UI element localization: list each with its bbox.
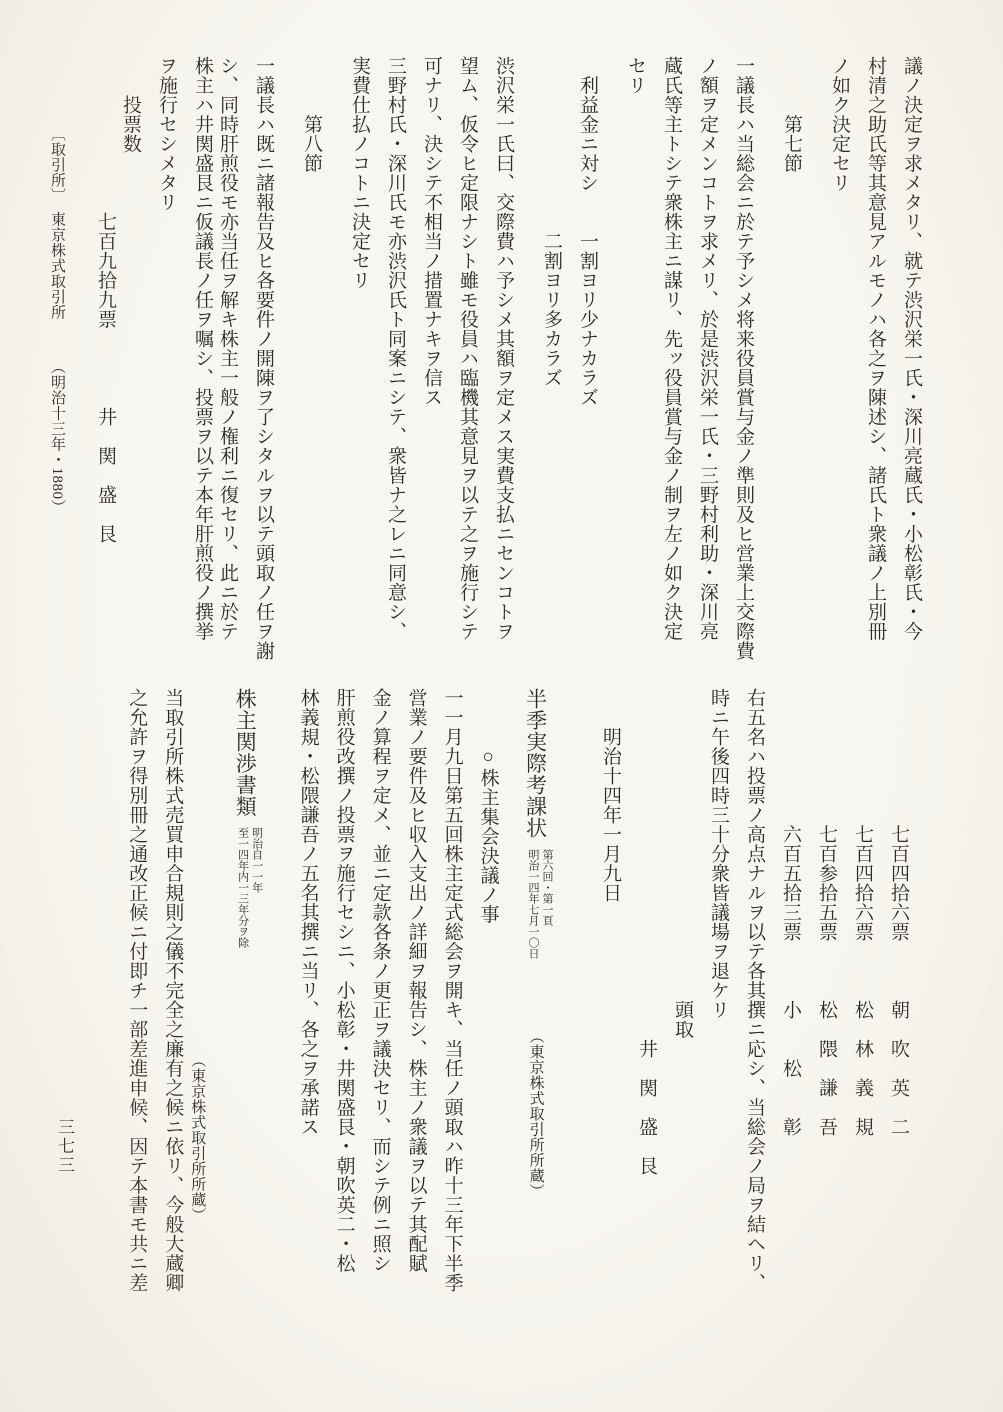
- text-column: ノ如ク決定セリ: [821, 56, 857, 662]
- column-text: 第七節: [781, 56, 802, 173]
- bottom-text-block: 七百四拾六票 朝 吹 英 二 七百四拾六票 松 林 義 規 七百参拾五票 松 隈…: [118, 688, 916, 1302]
- column-text: 村清之助氏等其意見アルモノハ各之ヲ陳述シ、諸氏ト衆議ノ上別冊: [865, 56, 886, 641]
- text-column: 当取引所株式売買申合規則之儀不完全之廉有之候ニ依リ、今般大蔵卿: [154, 688, 190, 1302]
- text-column: 時ニ午後四時三十分衆皆議場ヲ退ケリ: [700, 688, 736, 1302]
- column-text: ノ額ヲ定メンコトヲ求メリ、於是渋沢栄一氏・三野村利助・深川亮: [697, 56, 718, 641]
- annotation-column: 明治自一一年: [250, 827, 264, 948]
- column-text: 明治十四年一月九日: [600, 688, 621, 903]
- column-text: ○株主集会決議ノ事: [478, 688, 499, 924]
- column-text: 利益金ニ対シ 一割ヨリ少ナカラズ: [577, 56, 598, 407]
- section-heading-8: 第八節: [293, 56, 329, 662]
- column-text: 株主関渉書類: [233, 688, 257, 817]
- column-text: 之允許ヲ得別冊之通改正候ニ付即チ一部差進申候、因テ本書モ共ニ差: [126, 688, 147, 1293]
- column-text: セリ: [625, 56, 646, 95]
- title-annotation: 明治自一一年至一四年内一三年分ヲ除: [236, 827, 264, 948]
- text-column: 右五名ハ投票ノ高点ナルヲ以テ各其撰ニ応シ、当総会ノ局ヲ結ヘリ、: [736, 688, 772, 1302]
- top-text-block: 議ノ決定ヲ求メタリ、就テ渋沢栄一氏・深川亮蔵氏・小松彰氏・今村清之助氏等其意見ア…: [39, 56, 929, 662]
- column-text: 渋沢栄一氏曰、交際費ハ予シメ其額ヲ定メス実費支払ニセンコトヲ: [493, 56, 514, 641]
- text-column: 肝煎役改撰ノ投票ヲ施行セシニ、小松彰・井関盛艮・朝吹英二・松: [326, 688, 362, 1302]
- column-text: 一一月九日第五回株主定式総会ヲ開キ、当任ノ頭取ハ昨十三年下半季: [442, 688, 463, 1293]
- column-text: 七百四拾六票 朝 吹 英 二: [888, 688, 909, 1137]
- column-text: 右五名ハ投票ノ高点ナルヲ以テ各其撰ニ応シ、当総会ノ局ヲ結ヘリ、: [744, 688, 765, 1293]
- text-column: ノ額ヲ定メンコトヲ求メリ、於是渋沢栄一氏・三野村利助・深川亮: [689, 56, 725, 662]
- text-column: 望ム、仮令ヒ定限ナシト雖モ役員ハ臨機其意見ヲ以テ之ヲ施行シテ: [449, 56, 485, 662]
- annotation-column: 第六回・第一頁: [540, 849, 554, 959]
- vote-result-line: 七百参拾五票 松 隈 謙 吾: [808, 688, 844, 1302]
- annotation-column: 至一四年内一三年分ヲ除: [236, 827, 250, 948]
- column-text: 実費仕払ノコトニ決定セリ: [349, 56, 370, 290]
- text-column: 一一月九日第五回株主定式総会ヲ開キ、当任ノ頭取ハ昨十三年下半季: [434, 688, 470, 1302]
- column-text: 第八節: [301, 56, 322, 173]
- column-text: 林義規・松隈謙吾ノ五名其撰ニ当リ、各之ヲ承諾ス: [298, 688, 319, 1137]
- text-column: 営業ノ要件及ヒ収入支出ノ詳細ヲ報告シ、株主ノ衆議ヲ以テ其配賦: [398, 688, 434, 1302]
- text-column: 実費仕払ノコトニ決定セリ: [341, 56, 377, 662]
- column-text: 頭取: [672, 688, 693, 1039]
- date-line: 明治十四年一月九日: [592, 688, 628, 1302]
- text-column: 蔵氏等主トシテ衆株主ニ謀リ、先ッ役員賞与金ノ制ヲ左ノ如ク決定: [653, 56, 689, 662]
- signature-name-line: 井 関 盛 艮: [628, 688, 664, 1302]
- column-text: 可ナリ、決シテ不相当ノ措置ナキヲ信ス: [421, 56, 442, 407]
- text-column: 可ナリ、決シテ不相当ノ措置ナキヲ信ス: [413, 56, 449, 662]
- column-text: 株主ハ井関盛艮ニ仮議長ノ任ヲ嘱シ、投票ヲ以テ本年肝煎役ノ撰挙: [192, 56, 213, 641]
- profit-rule-line: 利益金ニ対シ 一割ヨリ少ナカラズ: [569, 56, 605, 662]
- page-number: 三七三: [52, 1118, 77, 1175]
- column-text: 営業ノ要件及ヒ収入支出ノ詳細ヲ報告シ、株主ノ衆議ヲ以テ其配賦: [406, 688, 427, 1273]
- column-text: 蔵氏等主トシテ衆株主ニ謀リ、先ッ役員賞与金ノ制ヲ左ノ如ク決定: [661, 56, 682, 641]
- column-text: 六百五拾三票 小 松 彰: [780, 688, 801, 1137]
- subheading-line: ○株主集会決議ノ事: [470, 688, 506, 1302]
- vote-result-line: 七百九拾九票 井 関 盛 艮: [87, 56, 123, 662]
- text-column: ヲ施行セシメタリ: [148, 56, 184, 662]
- profit-rule-line: 二割ヨリ多カラズ: [533, 56, 569, 662]
- document-page: 議ノ決定ヲ求メタリ、就テ渋沢栄一氏・深川亮蔵氏・小松彰氏・今村清之助氏等其意見ア…: [0, 0, 1003, 1412]
- column-text: 投票数: [120, 56, 141, 154]
- column-text: 七百九拾九票 井 関 盛 艮: [95, 56, 116, 544]
- column-text: 二割ヨリ多カラズ: [541, 56, 562, 388]
- vote-result-line: 七百四拾六票 朝 吹 英 二: [880, 688, 916, 1302]
- column-text: 半季実際考課状: [524, 688, 548, 839]
- column-text: 三野村氏・深川氏モ亦渋沢氏ト同案ニシテ、衆皆ナ之レニ同意シ、: [385, 56, 406, 641]
- column-text: 金ノ算程ヲ定メ、並ニ定款各条ノ更正ヲ議決セリ、而シテ例ニ照シ: [370, 688, 391, 1273]
- title-annotation: 第六回・第一頁明治一四年七月一〇日: [526, 849, 554, 959]
- text-column: 議ノ決定ヲ求メタリ、就テ渋沢栄一氏・深川亮蔵氏・小松彰氏・今: [893, 56, 929, 662]
- text-column: 三野村氏・深川氏モ亦渋沢氏ト同案ニシテ、衆皆ナ之レニ同意シ、: [377, 56, 413, 662]
- section-heading-7: 第七節: [773, 56, 809, 662]
- column-text: 当取引所株式売買申合規則之儀不完全之廉有之候ニ依リ、今般大蔵卿: [162, 688, 183, 1293]
- text-column: 之允許ヲ得別冊之通改正候ニ付即チ一部差進申候、因テ本書モ共ニ差: [118, 688, 154, 1302]
- text-column: 株主ハ井関盛艮ニ仮議長ノ任ヲ嘱シ、投票ヲ以テ本年肝煎役ノ撰挙: [184, 56, 220, 662]
- column-text: 望ム、仮令ヒ定限ナシト雖モ役員ハ臨機其意見ヲ以テ之ヲ施行シテ: [457, 56, 478, 641]
- vote-result-line: 六百五拾三票 小 松 彰: [772, 688, 808, 1302]
- column-text: ノ如ク決定セリ: [829, 56, 850, 193]
- annotation-column: 明治一四年七月一〇日: [526, 849, 540, 959]
- signature-title-line: 頭取: [664, 688, 700, 1302]
- text-column: 林義規・松隈謙吾ノ五名其撰ニ当リ、各之ヲ承諾ス: [290, 688, 326, 1302]
- column-text: （東京株式取引所所蔵）: [189, 688, 205, 1223]
- column-text: 七百参拾五票 松 隈 謙 吾: [816, 688, 837, 1137]
- column-text: 一議長ハ既ニ諸報告及ヒ各要件ノ開陳ヲ了シタルヲ以テ頭取ノ任ヲ謝: [253, 56, 274, 661]
- column-text: ヲ施行セシメタリ: [156, 56, 177, 212]
- column-text: 議ノ決定ヲ求メタリ、就テ渋沢栄一氏・深川亮蔵氏・小松彰氏・今: [901, 56, 922, 641]
- source-attribution-line: 〔取引所〕 東京株式取引所 （明治十三年・1880）: [39, 56, 75, 662]
- column-text: 時ニ午後四時三十分衆皆議場ヲ退ケリ: [708, 688, 729, 1020]
- text-column: セリ: [617, 56, 653, 662]
- text-column: 金ノ算程ヲ定メ、並ニ定款各条ノ更正ヲ議決セリ、而シテ例ニ照シ: [362, 688, 398, 1302]
- column-text: 七百四拾六票 松 林 義 規: [852, 688, 873, 1137]
- text-column: 渋沢栄一氏曰、交際費ハ予シメ其額ヲ定メス実費支払ニセンコトヲ: [485, 56, 521, 662]
- column-text: 肝煎役改撰ノ投票ヲ施行セシニ、小松彰・井関盛艮・朝吹英二・松: [334, 688, 355, 1273]
- text-column: 一議長ハ当総会ニ於テ予シメ将来役員賞与金ノ準則及ヒ営業上交際費: [725, 56, 761, 662]
- vote-result-line: 七百四拾六票 松 林 義 規: [844, 688, 880, 1302]
- column-text: 井 関 盛 艮: [636, 688, 657, 1176]
- column-text: 一議長ハ当総会ニ於テ予シメ将来役員賞与金ノ準則及ヒ営業上交際費: [733, 56, 754, 661]
- column-text: 〔取引所〕 東京株式取引所 （明治十三年・1880）: [49, 56, 65, 515]
- text-column: 一議長ハ既ニ諸報告及ヒ各要件ノ開陳ヲ了シタルヲ以テ頭取ノ任ヲ謝: [245, 56, 281, 662]
- document-title-line: 半季実際考課状第六回・第一頁明治一四年七月一〇日 （東京株式取引所所蔵）: [518, 688, 554, 1302]
- document-title-line: 株主関渉書類明治自一一年至一四年内一三年分ヲ除: [227, 688, 263, 1302]
- archive-attribution: （東京株式取引所所蔵）: [528, 959, 544, 1200]
- western-numerals: 1880: [49, 468, 65, 500]
- column-text: シ、同時肝煎役モ亦当任ヲ解キ株主一般ノ権利ニ復セリ、此ニ於テ: [217, 56, 238, 641]
- text-column: 村清之助氏等其意見アルモノハ各之ヲ陳述シ、諸氏ト衆議ノ上別冊: [857, 56, 893, 662]
